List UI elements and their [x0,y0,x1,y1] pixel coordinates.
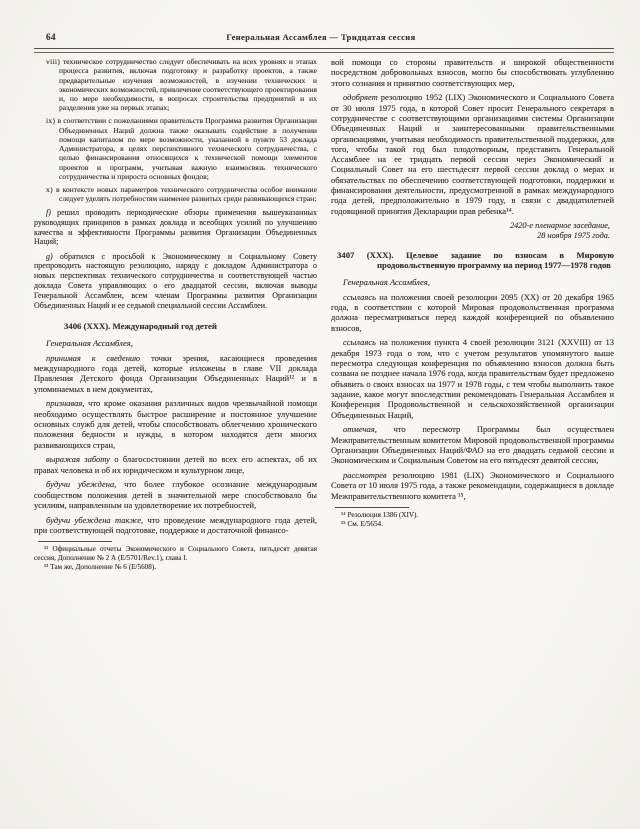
paragraph-lead: отмечая, [343,424,377,434]
list-item-text: техническое сотрудничество следует обесп… [59,57,317,112]
list-item-label: x) [46,185,53,194]
paragraph-label: g) [46,252,53,261]
paragraph-label: f) [46,208,51,217]
right-column: вой помощи со стороны правительств и шир… [331,57,614,811]
continuation-paragraph: вой помощи со стороны правительств и шир… [331,57,614,88]
paragraph-lead: ссылаясь [343,292,376,302]
lettered-paragraph: g) обратился с просьбой к Экономическому… [34,252,317,311]
header-rule [34,48,614,53]
paragraph-lead: будучи убеждена также, [46,515,143,525]
resolution-intro: Генеральная Ассамблея, [331,277,614,287]
paragraph-text: обратился с просьбой к Экономическому и … [34,252,317,310]
resolution-paragraph: принимая к сведению точки зрения, касающ… [34,353,317,394]
paragraph-lead: принимая к сведению [46,353,140,363]
paragraph-text: решил проводить периодические обзоры при… [34,208,317,246]
footnote-block: ¹² Официальные отчеты Экономического и С… [34,541,317,571]
paragraph-lead: ссылаясь [343,337,376,347]
list-item-text: в соответствии с пожеланиями правительст… [58,116,317,181]
running-header: 64 Генеральная Ассамблея — Тридцатая сес… [30,32,612,46]
footnote-rule [335,507,409,508]
resolution-heading-3406: 3406 (XXX). Международный год детей [34,321,317,332]
resolution-paragraph: одобряет резолюцию 1952 (LIX) Экономичес… [331,92,614,216]
resolution-paragraph: выражая заботу о благосостоянии детей во… [34,454,317,475]
list-item: ix) в соответствии с пожеланиями правите… [34,116,317,181]
paragraph-lead: признавая, [46,398,85,408]
running-title: Генеральная Ассамблея — Тридцатая сессия [30,32,612,42]
list-item-text: в контексте новых параметров техническог… [56,185,317,203]
footnote: ¹³ Там же, Дополнение № 6 (Е/5608). [34,563,317,572]
resolution-paragraph: признавая, что кроме оказания различных … [34,398,317,449]
scanned-document-page: 64 Генеральная Ассамблея — Тридцатая сес… [0,0,640,829]
list-item: x) в контексте новых параметров техничес… [34,185,317,204]
paragraph-lead: выражая заботу [46,454,110,464]
two-column-body: viii) техническое сотрудничество следует… [34,57,614,811]
plenary-date-line: 28 ноября 1975 года. [331,231,614,241]
list-item-label: viii) [46,57,60,66]
paragraph-lead: будучи убеждена, [46,479,116,489]
footnote-rule [38,541,112,542]
paragraph-lead: одобряет [343,92,378,102]
footnote-block: ¹⁴ Резолюция 1386 (XIV). ¹⁵ См. Е/5654. [331,507,614,529]
footnote: ¹⁵ См. Е/5654. [331,520,614,529]
resolution-intro: Генеральная Ассамблея, [34,338,317,348]
resolution-paragraph: ссылаясь на положения своей резолюции 20… [331,292,614,333]
lettered-paragraph: f) решил проводить периодические обзоры … [34,208,317,247]
plenary-meeting-line: 2420-е пленарное заседание, [331,221,614,231]
resolution-paragraph: будучи убеждена, что более глубокое осоз… [34,479,317,510]
footnote: ¹⁴ Резолюция 1386 (XIV). [331,511,614,520]
paragraph-text: на положения пункта 4 своей резолюции 31… [331,337,614,419]
resolution-heading-3407: 3407 (XXX). Целевое задание по взносам в… [331,250,614,271]
left-column: viii) техническое сотрудничество следует… [34,57,317,811]
list-item-label: ix) [46,116,55,125]
resolution-paragraph: рассмотрев резолюцию 1981 (LIX) Экономич… [331,470,614,501]
resolution-paragraph: будучи убеждена также, что проведение ме… [34,515,317,536]
paragraph-lead: рассмотрев [343,470,387,480]
paragraph-text: резолюцию 1952 (LIX) Экономического и Со… [331,92,614,215]
resolution-paragraph: ссылаясь на положения пункта 4 своей рез… [331,337,614,419]
list-item: viii) техническое сотрудничество следует… [34,57,317,113]
footnote: ¹² Официальные отчеты Экономического и С… [34,545,317,563]
resolution-paragraph: отмечая, что пересмотр Программы был осу… [331,424,614,465]
